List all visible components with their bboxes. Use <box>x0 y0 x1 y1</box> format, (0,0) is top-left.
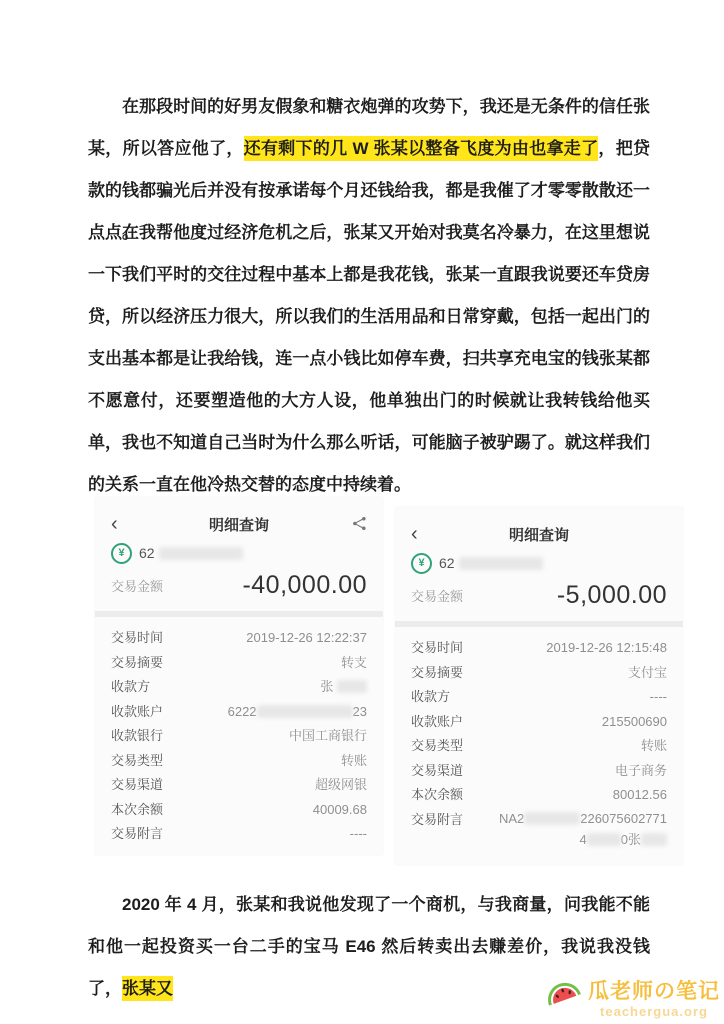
paragraph-2-text: 在我帮他度过经济危机之后，张某又开始对我莫名冷暴力，在这里想说一下我们平时的交往… <box>88 223 650 494</box>
receipt-screenshot-left: ‹ 明细查询 ¥ 62 交易金额 -40,000.00 <box>95 497 383 855</box>
card-number-redaction <box>159 547 243 560</box>
paragraph-3-highlight: 张某又 <box>122 976 173 1001</box>
receipt-right-account-line: ¥ 62 <box>411 549 667 577</box>
detail-row: 交易摘要 转支 <box>111 651 367 676</box>
paragraph-2: 在我帮他度过经济危机之后，张某又开始对我莫名冷暴力，在这里想说一下我们平时的交往… <box>88 212 650 506</box>
receipt-left-title: 明细查询 <box>129 514 349 535</box>
detail-row: 交易类型 转账 <box>411 734 667 759</box>
detail-row: 收款账户 622223 <box>111 700 367 725</box>
detail-row: 收款账户 215500690 <box>411 710 667 735</box>
remark-redaction <box>641 833 667 846</box>
remark-line-1: NA2226075602771 <box>499 808 667 829</box>
remark-line-2: 40张 <box>499 829 667 850</box>
amount-label: 交易金额 <box>411 586 463 605</box>
detail-row: 收款方 ---- <box>411 685 667 710</box>
detail-row: 交易摘要 支付宝 <box>411 661 667 686</box>
detail-row: 交易类型 转账 <box>111 749 367 774</box>
back-icon[interactable]: ‹ <box>411 524 429 544</box>
back-icon[interactable]: ‹ <box>111 514 129 534</box>
card-number-prefix: 62 <box>439 555 455 571</box>
detail-row: 交易时间 2019-12-26 12:15:48 <box>411 636 667 661</box>
detail-row: 交易渠道 超级网银 <box>111 773 367 798</box>
receipt-left-amount-row: 交易金额 -40,000.00 <box>111 567 367 603</box>
card-number-prefix: 62 <box>139 545 155 561</box>
detail-row: 收款方 张 <box>111 675 367 700</box>
watermelon-icon <box>544 977 584 1022</box>
receipt-left-account-line: ¥ 62 <box>111 539 367 567</box>
detail-row: 交易时间 2019-12-26 12:22:37 <box>111 626 367 651</box>
share-icon[interactable] <box>349 515 367 533</box>
bank-card-icon: ¥ <box>411 553 432 574</box>
watermark-badge: 瓜老师の笔记 teachergua.org <box>544 977 720 1022</box>
remark-redaction <box>524 812 580 825</box>
transaction-amount: -40,000.00 <box>242 571 367 600</box>
receipt-right-detail-rows: 交易时间 2019-12-26 12:15:48 交易摘要 支付宝 收款方 --… <box>411 636 667 850</box>
receipt-left-detail-rows: 交易时间 2019-12-26 12:22:37 交易摘要 转支 收款方 张 收… <box>111 626 367 847</box>
amount-label: 交易金额 <box>111 576 163 595</box>
payee-account-redaction <box>257 705 353 718</box>
detail-row: 收款银行 中国工商银行 <box>111 724 367 749</box>
receipt-screenshots: ‹ 明细查询 ¥ 62 交易金额 -40,000.00 <box>95 497 683 865</box>
detail-row: 本次余额 80012.56 <box>411 783 667 808</box>
receipt-screenshot-right: ‹ 明细查询 ¥ 62 交易金额 -5,000.00 交易时间 2019-12-… <box>395 507 683 865</box>
detail-row: 交易附言 ---- <box>111 822 367 847</box>
receipt-right-amount-row: 交易金额 -5,000.00 <box>411 577 667 613</box>
watermark-title: 瓜老师の笔记 <box>588 980 720 1004</box>
card-number-redaction <box>459 557 543 570</box>
paragraph-1-highlight: 还有剩下的几 W 张某以整备飞度为由也拿走了 <box>244 136 599 161</box>
receipt-right-header: ‹ 明细查询 <box>411 521 667 547</box>
detail-row: 交易渠道 电子商务 <box>411 759 667 784</box>
section-divider <box>395 621 683 627</box>
remark-redaction <box>587 833 621 846</box>
receipt-left-header: ‹ 明细查询 <box>111 511 367 537</box>
watermark-url: teachergua.org <box>600 1004 708 1020</box>
receipt-right-title: 明细查询 <box>429 524 649 545</box>
payee-name-redaction <box>337 680 367 693</box>
transaction-amount: -5,000.00 <box>557 581 667 610</box>
detail-row: 交易附言 NA2226075602771 40张 <box>411 808 667 850</box>
bank-card-icon: ¥ <box>111 543 132 564</box>
detail-row: 本次余额 40009.68 <box>111 798 367 823</box>
section-divider <box>95 611 383 617</box>
watermark-text: 瓜老师の笔记 teachergua.org <box>588 980 720 1020</box>
